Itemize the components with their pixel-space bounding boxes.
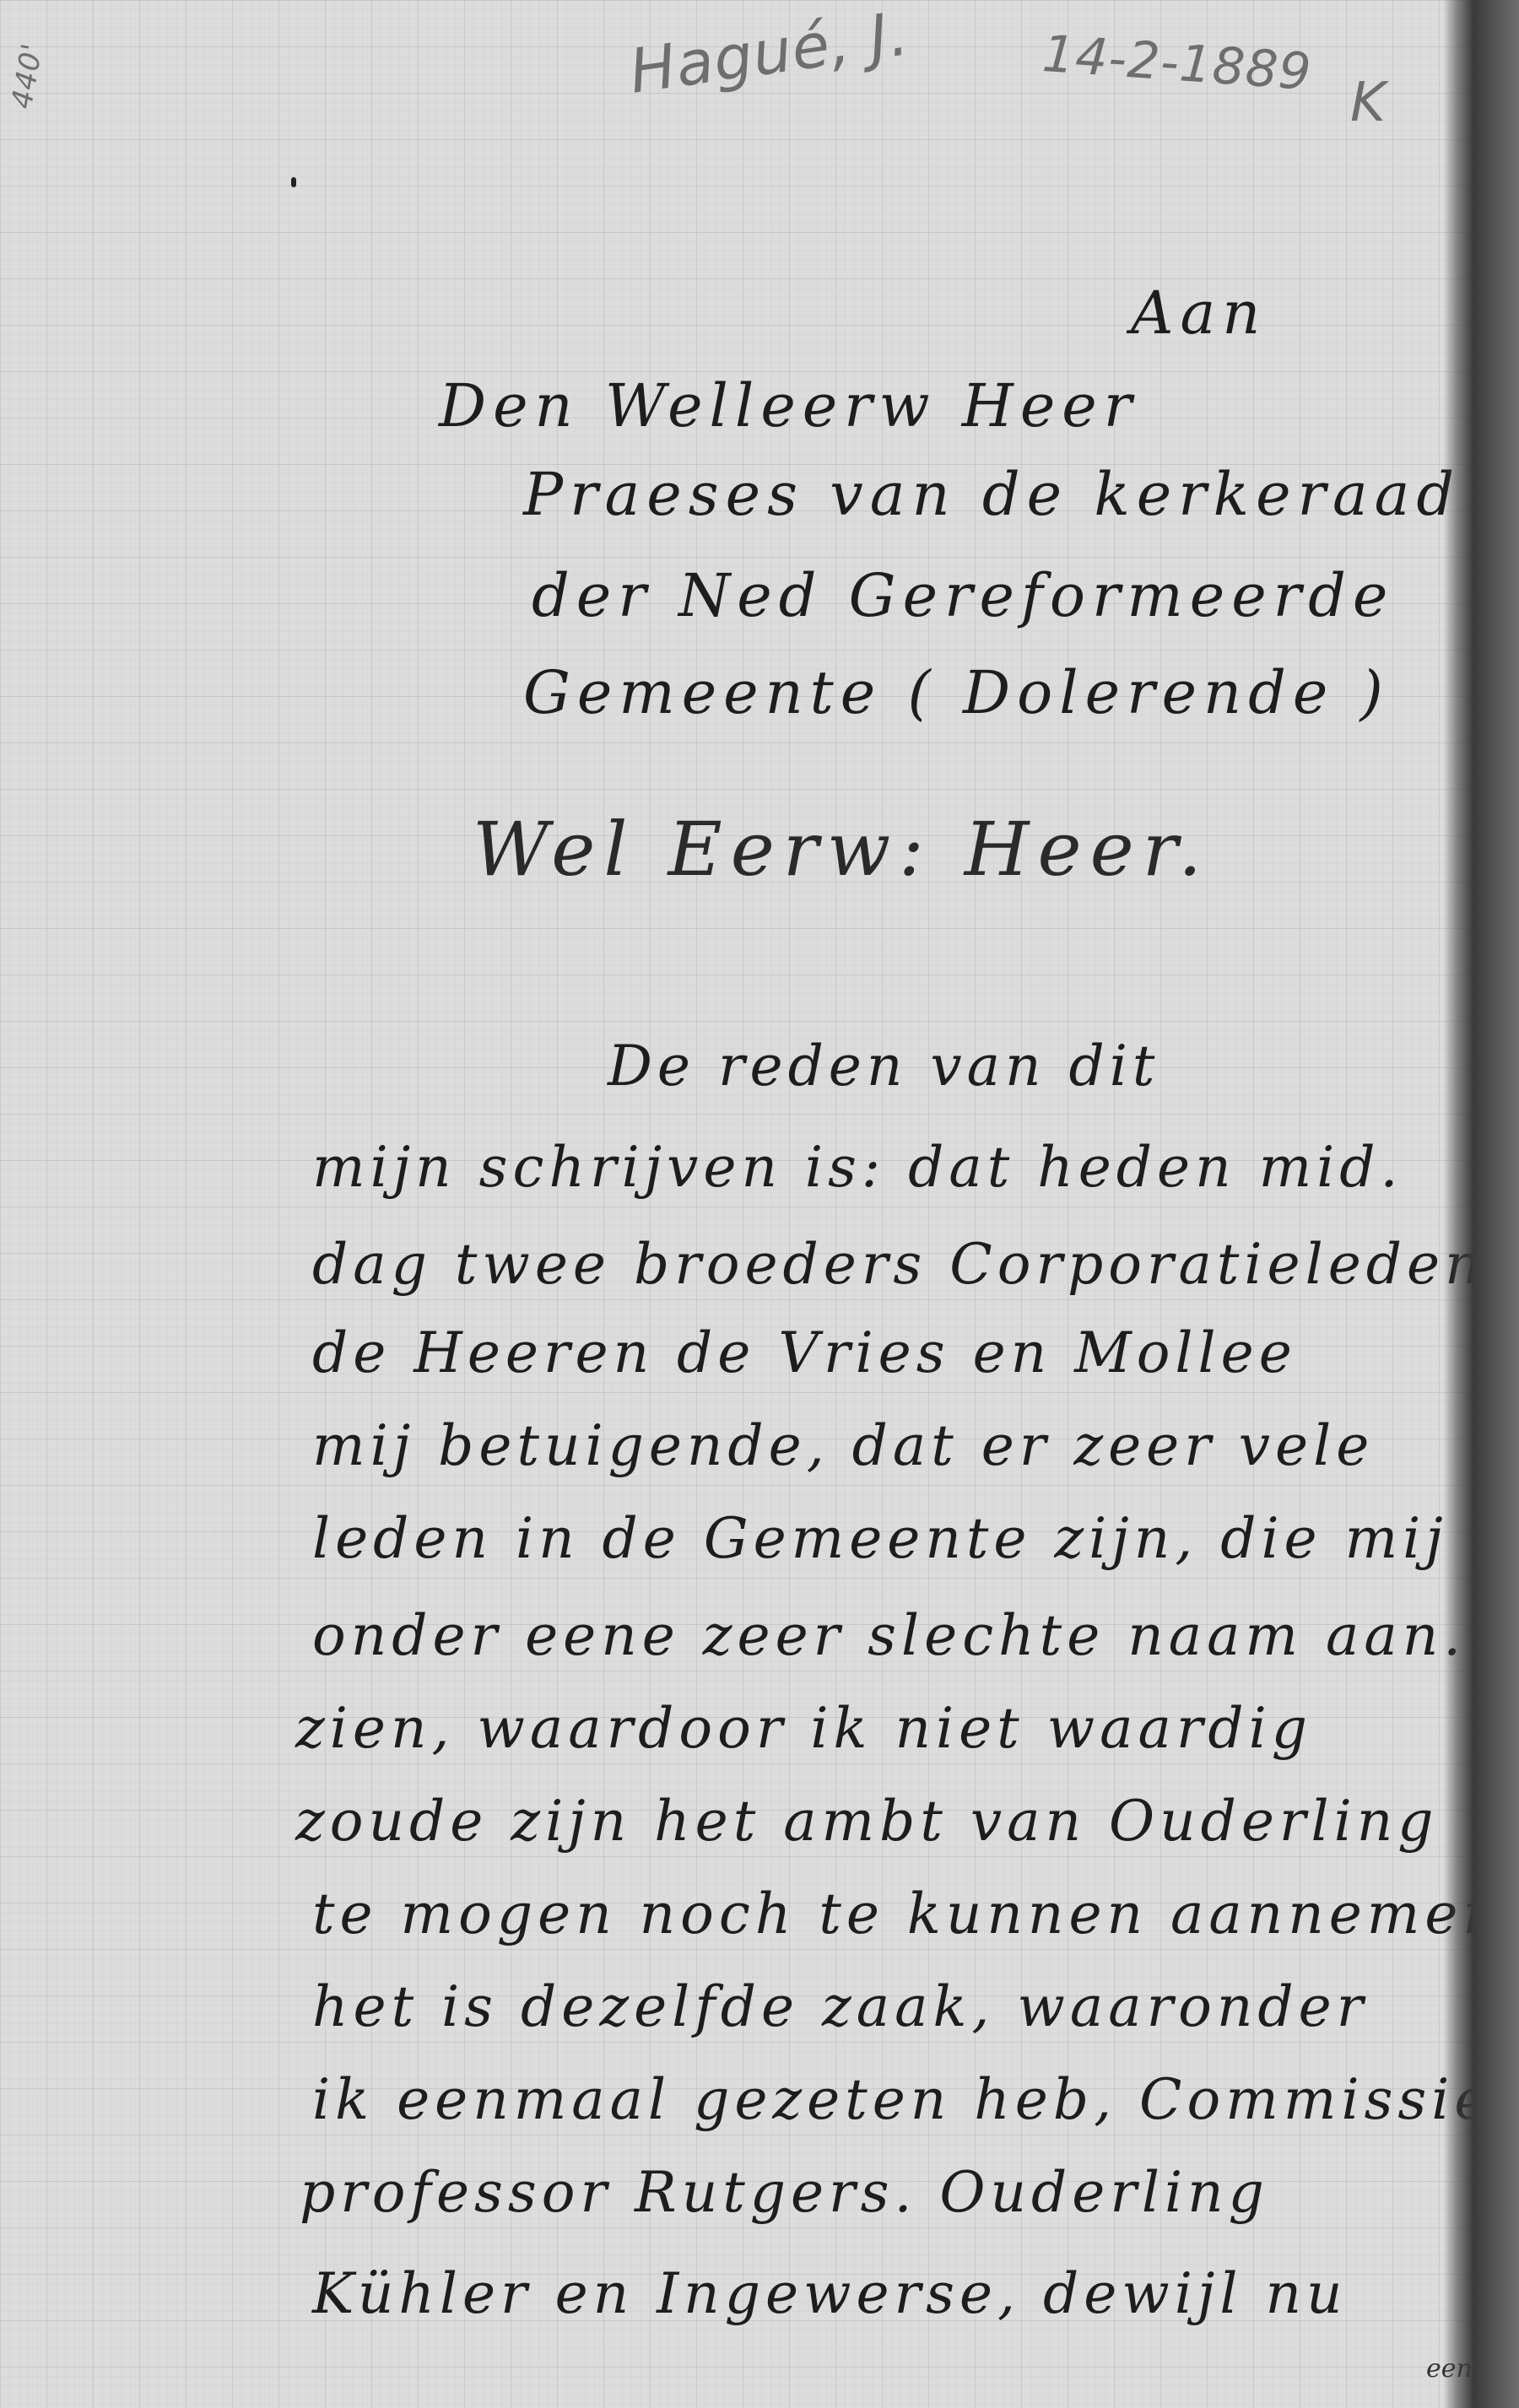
body-line-8: zien, waardoor ik niet waardig <box>295 1696 1312 1761</box>
address-line-2: Den Welleerw Heer <box>439 371 1138 440</box>
ink-dot <box>291 177 296 187</box>
address-line-4: der Ned Gereformeerde <box>532 561 1394 630</box>
body-line-14: Kühler en Ingewerse, dewijl nu <box>312 2261 1347 2326</box>
binding-shadow <box>1443 0 1519 2408</box>
body-line-4: de Heeren de Vries en Mollee <box>312 1320 1297 1385</box>
body-line-1: De reden van dit <box>608 1034 1160 1099</box>
salutation: Wel Eerw: Heer. <box>473 806 1210 893</box>
body-line-12: ik eenmaal gezeten heb, Commissie <box>312 2067 1492 2132</box>
address-line-1: Aan <box>1131 278 1267 348</box>
body-line-6: leden in de Gemeente zijn, die mij <box>312 1506 1448 1571</box>
body-line-11: het is dezelfde zaak, waaronder <box>312 1974 1368 2039</box>
archive-number: 440' <box>5 40 50 111</box>
address-line-5: Gemeente ( Dolerende ) <box>523 658 1390 727</box>
body-line-9: zoude zijn het ambt van Ouderling <box>295 1789 1438 1854</box>
body-line-5: mij betuigende, dat er zeer vele <box>312 1413 1374 1478</box>
address-line-3: Praeses van de kerkeraad <box>523 460 1461 529</box>
body-line-7: onder eene zeer slechte naam aan. <box>312 1603 1466 1668</box>
date-annotation: 14-2-1889 <box>1041 24 1314 102</box>
letter-page: 440' Hagué, J. 14-2-1889 K Aan Den Welle… <box>0 0 1519 2408</box>
body-line-10: te mogen noch te kunnen aannemen <box>312 1882 1504 1946</box>
body-line-2: mijn schrijven is: dat heden mid. <box>312 1135 1403 1200</box>
author-annotation: Hagué, J. <box>625 0 913 107</box>
letter-mark: K <box>1350 72 1387 134</box>
body-line-13: professor Rutgers. Ouderling <box>300 2160 1269 2225</box>
body-line-3: dag twee broeders Corporatieleden <box>312 1232 1486 1297</box>
